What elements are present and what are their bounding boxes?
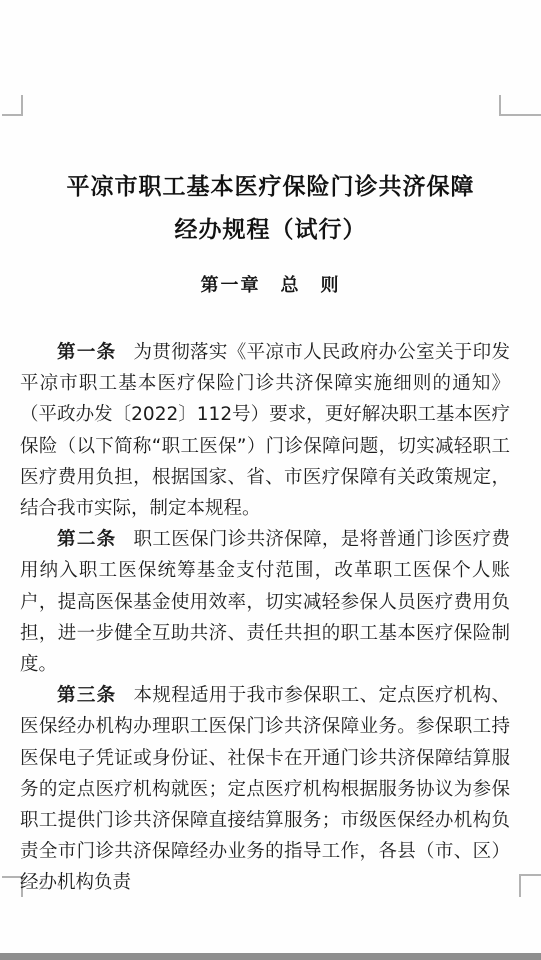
clause-paragraph: 第二条职工医保门诊共济保障，是将普通门诊医疗费用纳入职工医保统筹基金支付范围，改… [20,524,510,680]
clause-text: 本规程适用于我市参保职工、定点医疗机构、医保经办机构办理职工医保门诊共济保障业务… [20,685,510,893]
crop-mark-bottom-right [519,874,541,897]
clause-label: 第一条 [57,342,117,363]
clause-label: 第二条 [57,529,117,550]
chapter-heading: 第一章 总 则 [0,271,541,297]
document-page: 平凉市职工基本医疗保险门诊共济保障 经办规程（试行） 第一章 总 则 第一条为贯… [0,0,541,960]
clause-label: 第三条 [57,685,117,706]
document-body: 第一条为贯彻落实《平凉市人民政府办公室关于印发平凉市职工基本医疗保险门诊共济保障… [20,337,510,899]
clause-text: 职工医保门诊共济保障，是将普通门诊医疗费用纳入职工医保统筹基金支付范围，改革职工… [20,529,510,675]
document-title-line2: 经办规程（试行） [0,209,541,252]
crop-mark-top-left [2,95,23,116]
clause-paragraph: 第一条为贯彻落实《平凉市人民政府办公室关于印发平凉市职工基本医疗保险门诊共济保障… [20,337,510,524]
clause-paragraph: 第三条本规程适用于我市参保职工、定点医疗机构、医保经办机构办理职工医保门诊共济保… [20,680,510,898]
document-title-line1: 平凉市职工基本医疗保险门诊共济保障 [0,166,541,209]
clause-text: 为贯彻落实《平凉市人民政府办公室关于印发平凉市职工基本医疗保险门诊共济保障实施细… [20,342,510,519]
page-number: - 2 - [26,877,64,893]
document-title: 平凉市职工基本医疗保险门诊共济保障 经办规程（试行） [0,166,541,252]
page-bottom-edge [0,953,541,960]
crop-mark-top-right [499,95,541,116]
